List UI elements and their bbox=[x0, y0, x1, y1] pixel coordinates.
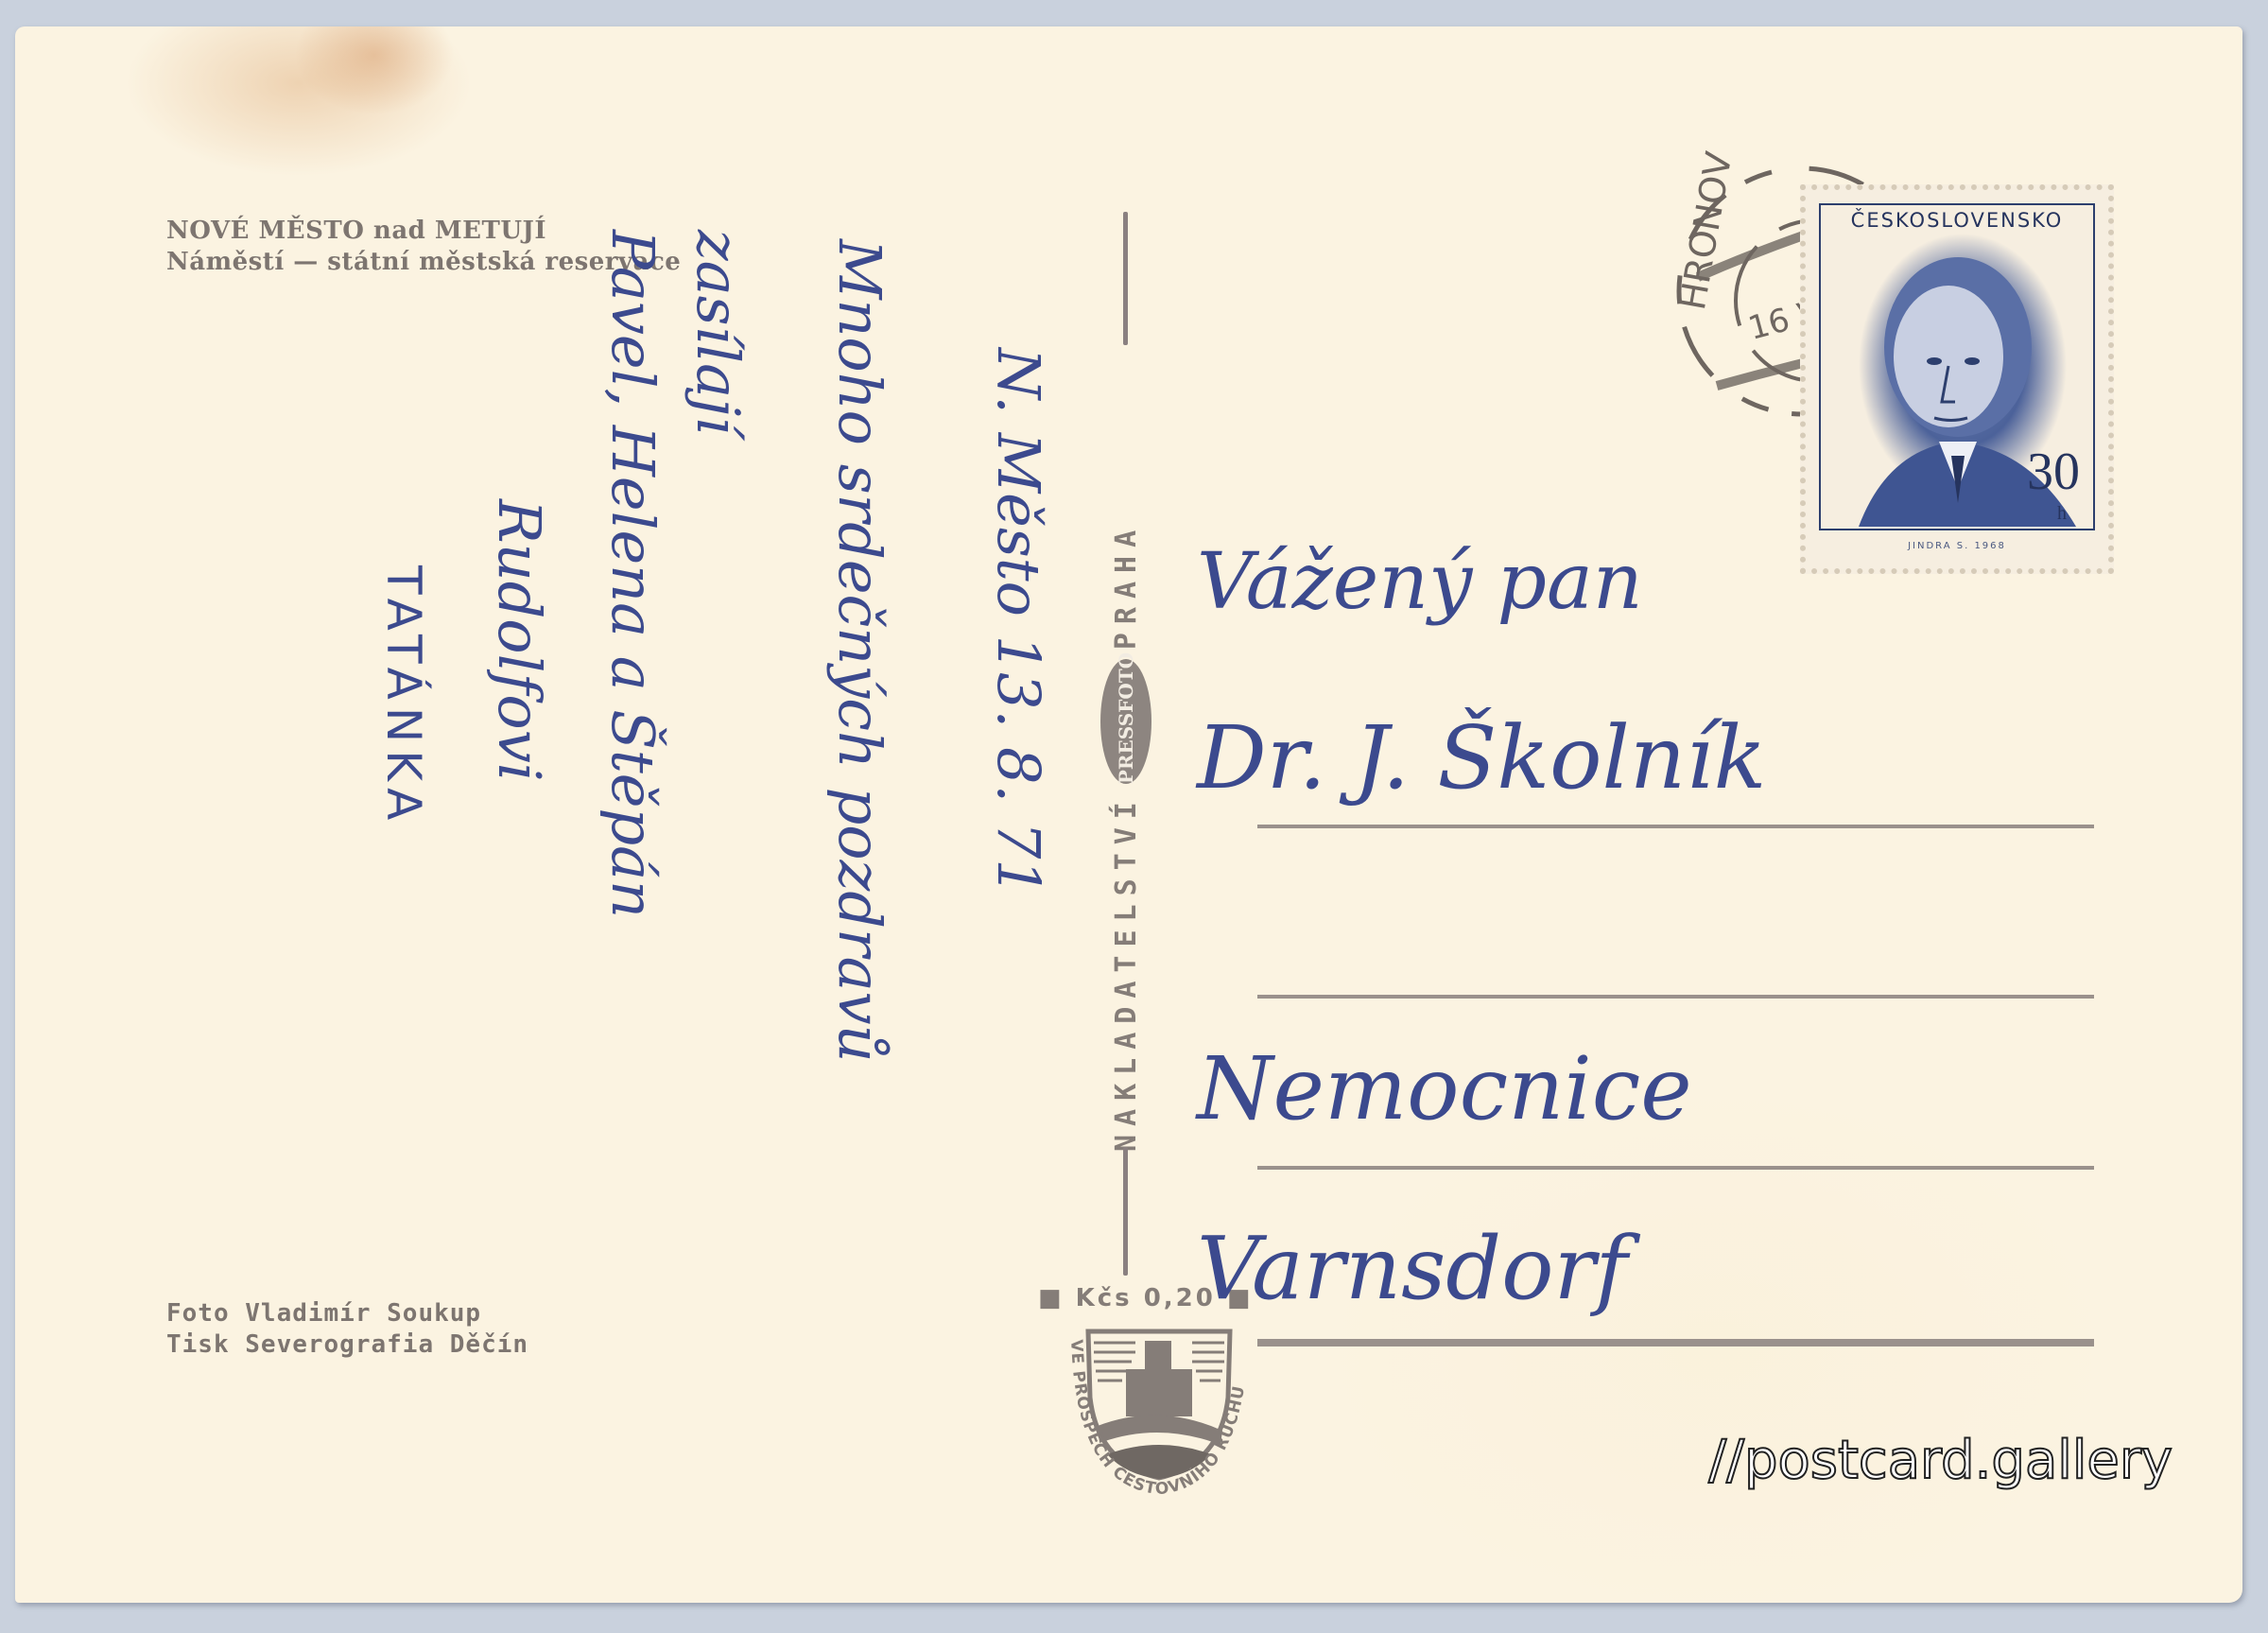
svg-text:HRONOV: HRONOV bbox=[1671, 149, 1740, 313]
stamp-engraver: JINDRA S. 1968 bbox=[1806, 541, 2108, 551]
publisher-city: PRAHA bbox=[1110, 522, 1143, 650]
handwritten-signature: TATÁNKA bbox=[376, 565, 431, 827]
pressfoto-logo-icon: PRESSFOTO bbox=[1100, 659, 1151, 784]
address-line-1 bbox=[1257, 825, 2094, 828]
address-city: Varnsdorf bbox=[1197, 1218, 1628, 1319]
address-line-4 bbox=[1257, 1339, 2094, 1346]
watermark: //postcard.gallery bbox=[1708, 1430, 2173, 1491]
address-salutation: Vážený pan bbox=[1197, 537, 1643, 627]
address-institution: Nemocnice bbox=[1197, 1038, 1692, 1139]
address-line-3 bbox=[1257, 1166, 2094, 1170]
stamp-unit: h bbox=[2057, 503, 2067, 525]
credits-block: Foto Vladimír Soukup Tisk Severografia D… bbox=[166, 1298, 528, 1361]
address-name: Dr. J. Školník bbox=[1197, 707, 1766, 808]
castle-shield-icon: VE PROSPĚCH CESTOVNÍHO RUCHU bbox=[1060, 1312, 1258, 1502]
stamp-value: 30 bbox=[2027, 442, 2080, 502]
postage-stamp: ČESKOSLOVENSKO 30 h JINDRA S. 1968 bbox=[1800, 184, 2114, 574]
stamp-design: ČESKOSLOVENSKO 30 h bbox=[1819, 203, 2095, 530]
handwritten-sends: zasílají bbox=[684, 230, 753, 435]
publisher-name: NAKLADATELSTVÍ bbox=[1110, 793, 1143, 1152]
address-line-2 bbox=[1257, 995, 2094, 999]
photo-credit: Foto Vladimír Soukup bbox=[166, 1298, 528, 1329]
handwritten-date: N. Město 13. 8. 71 bbox=[984, 348, 1053, 896]
publisher-imprint: NAKLADATELSTVÍ PRESSFOTO PRAHA bbox=[1100, 522, 1151, 1152]
handwritten-recipient: Rudolfovi bbox=[485, 499, 554, 782]
handwritten-names: Pavel, Helena a Štěpán bbox=[598, 230, 667, 918]
stamp-country: ČESKOSLOVENSKO bbox=[1821, 209, 2093, 232]
divider-line-bottom bbox=[1123, 1147, 1128, 1276]
divider-line-top bbox=[1123, 212, 1128, 345]
handwritten-greeting: Mnoho srdečných pozdravů bbox=[825, 239, 894, 1063]
postcard: NOVÉ MĚSTO nad METUJÍ Náměstí — státní m… bbox=[15, 26, 2242, 1603]
print-credit: Tisk Severografia Děčín bbox=[166, 1329, 528, 1361]
